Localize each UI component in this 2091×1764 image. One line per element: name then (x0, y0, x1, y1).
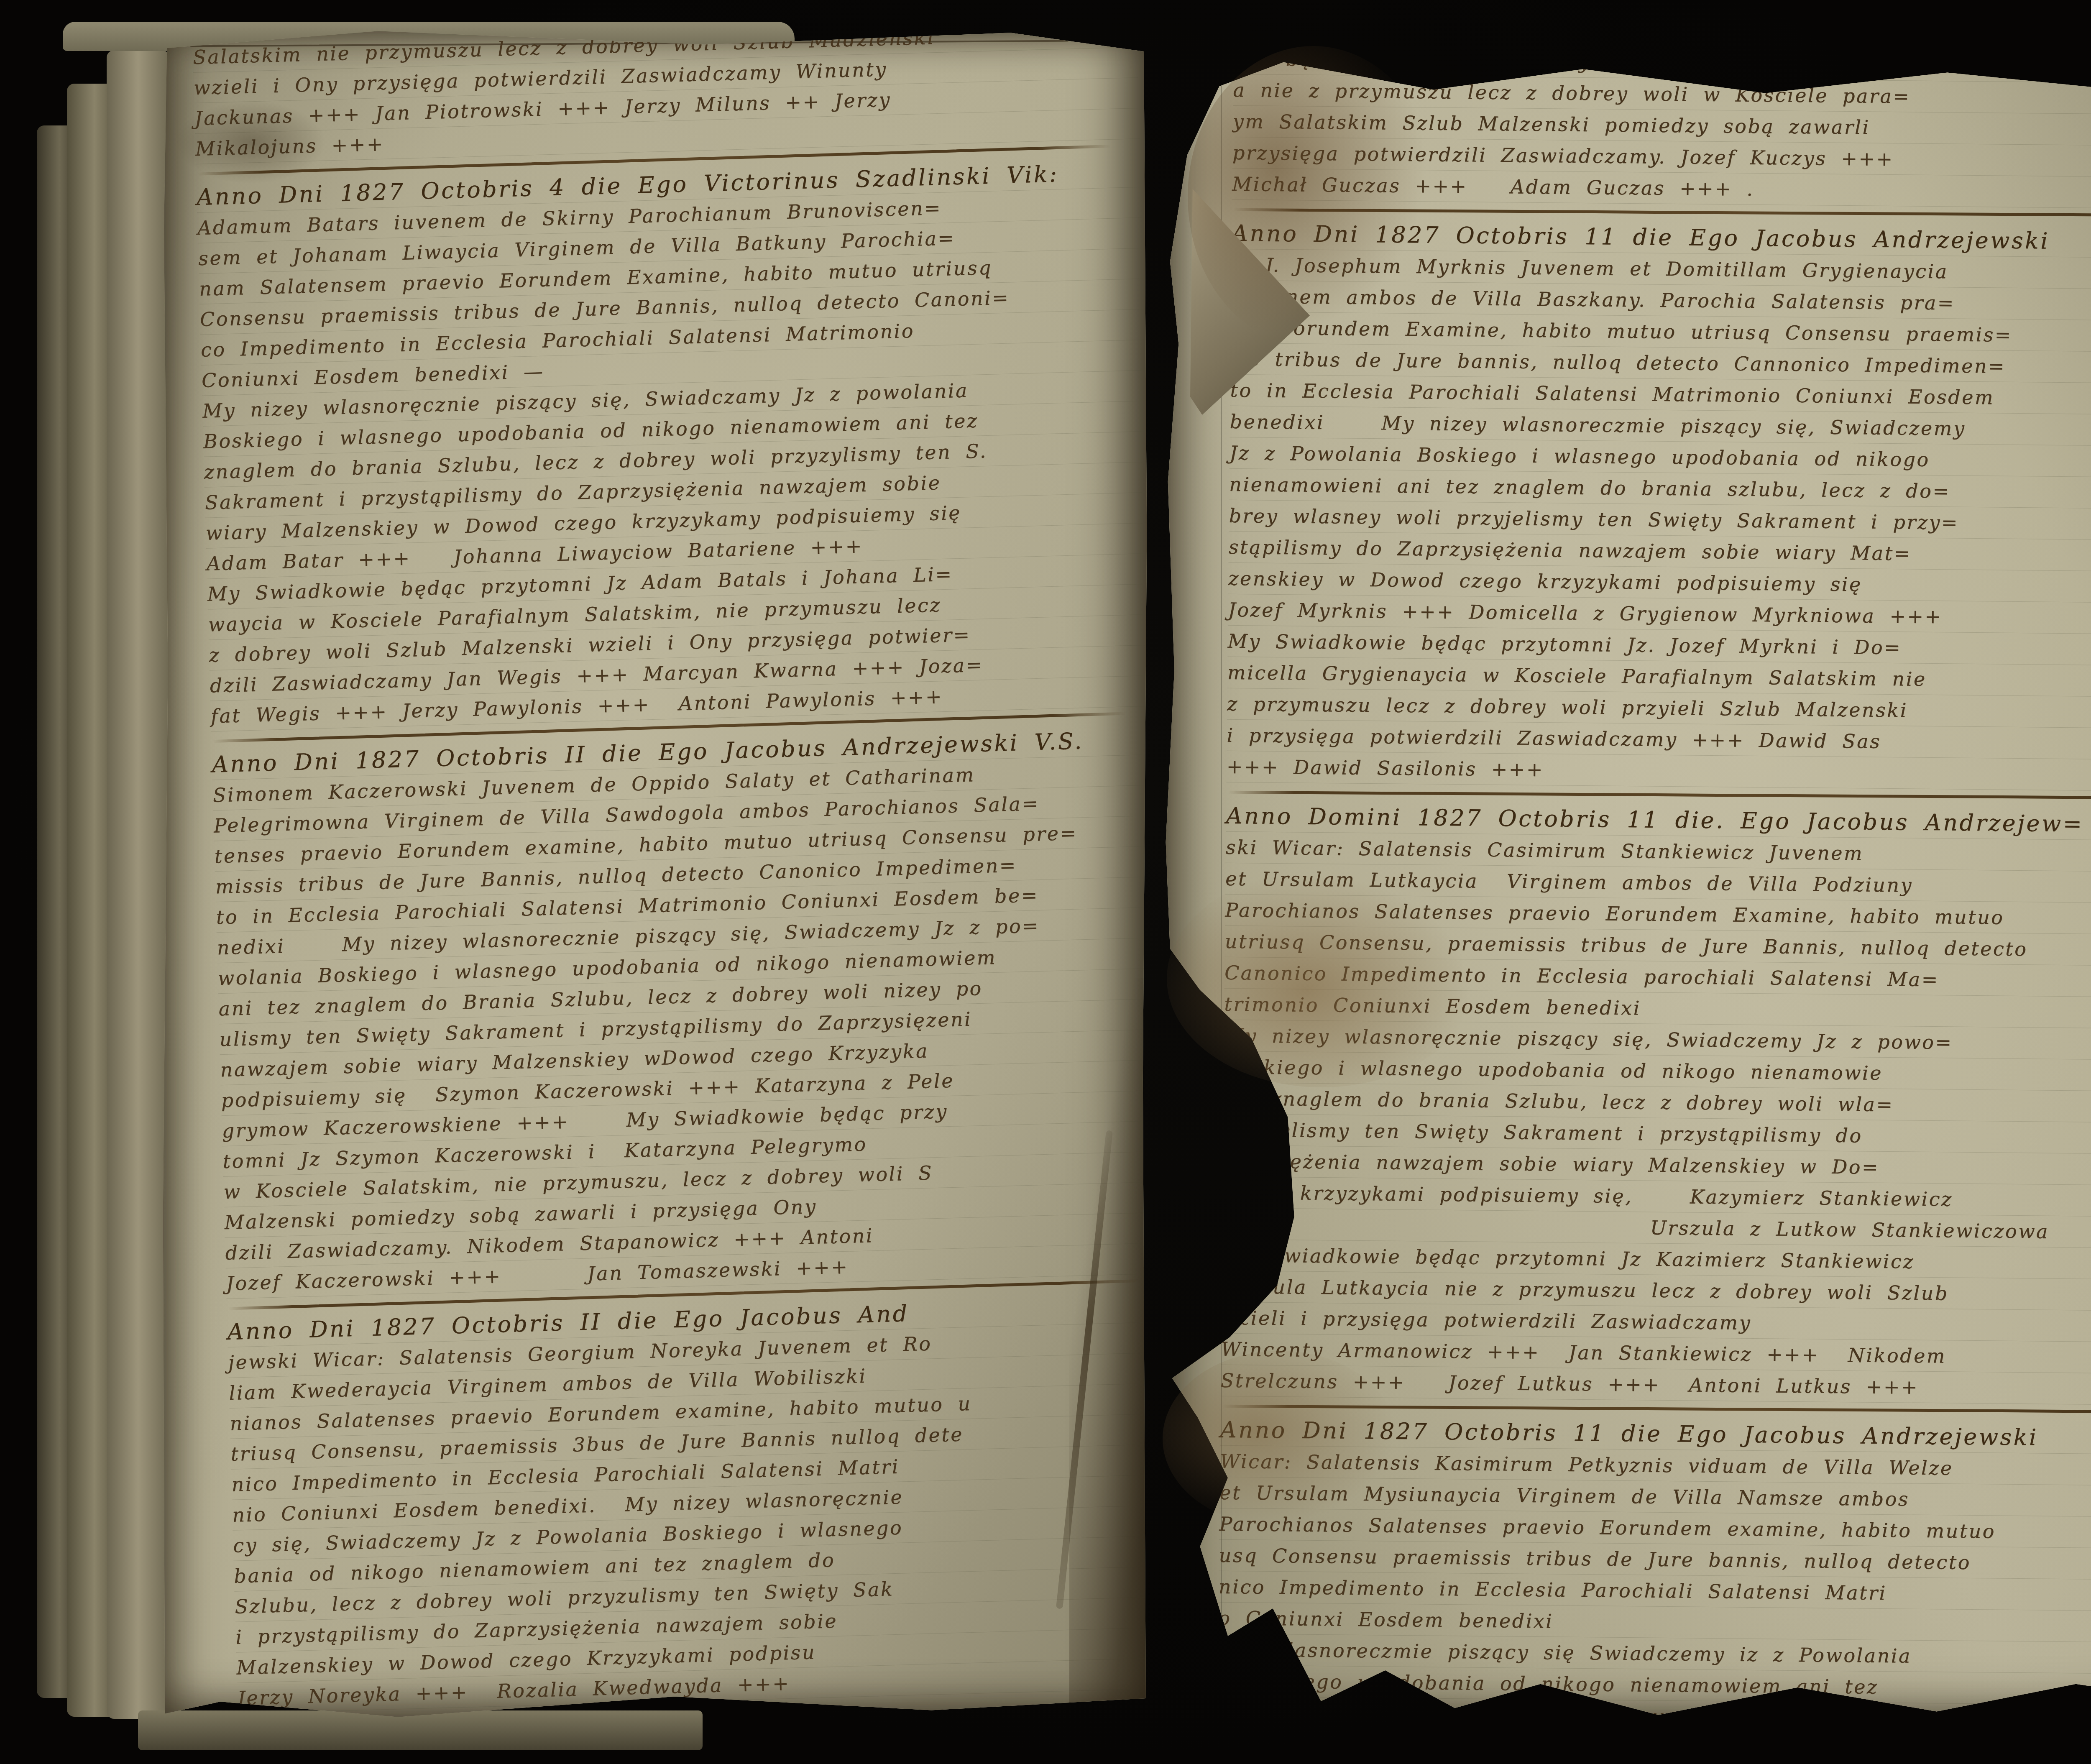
register-entry: Anno Dni 1827 Octobris 11 die Ego Jacobu… (1226, 218, 2091, 792)
right-page: 87 wie będąc przytomni Jz. Jerzy Noreyka… (1155, 18, 2091, 1736)
underlying-page-bottom-edge (138, 1710, 703, 1750)
register-entry: Anno Dni 1827 Octobris II die Ego Jacobu… (212, 724, 1149, 1299)
book-scan: Salatskim nie przymuszu lecz z dobrey wo… (0, 0, 2091, 1764)
entry-divider-rule (1234, 208, 2091, 217)
entry-divider-rule (1228, 791, 2091, 800)
page-edge-stack (107, 50, 169, 1719)
register-entry: Anno Dni 1827 Octobris 4 die Ego Victori… (196, 157, 1149, 732)
register-entry: Salatskim nie przymuszu lecz z dobrey wo… (192, 24, 1140, 164)
right-page-text: wie będąc przytomni Jz. Jerzy Noreyka i … (1155, 18, 2091, 1736)
register-entry: Anno Domini 1827 Octobris 11 die. Ego Ja… (1220, 800, 2091, 1406)
left-page-text: Salatskim nie przymuszu lecz z dobrey wo… (161, 24, 1149, 1715)
register-entry: Anno Dni 1827 Octobris II die Ego Jacobu… (227, 1291, 1149, 1714)
register-entry: Anno Dni 1827 Octobris 11 die Ego Jacobu… (1217, 1414, 2091, 1736)
left-page: Salatskim nie przymuszu lecz z dobrey wo… (161, 24, 1149, 1726)
entry-divider-rule (1222, 1405, 2091, 1414)
register-entry: wie będąc przytomni Jz. Jerzy Noreyka i … (1232, 43, 2091, 209)
